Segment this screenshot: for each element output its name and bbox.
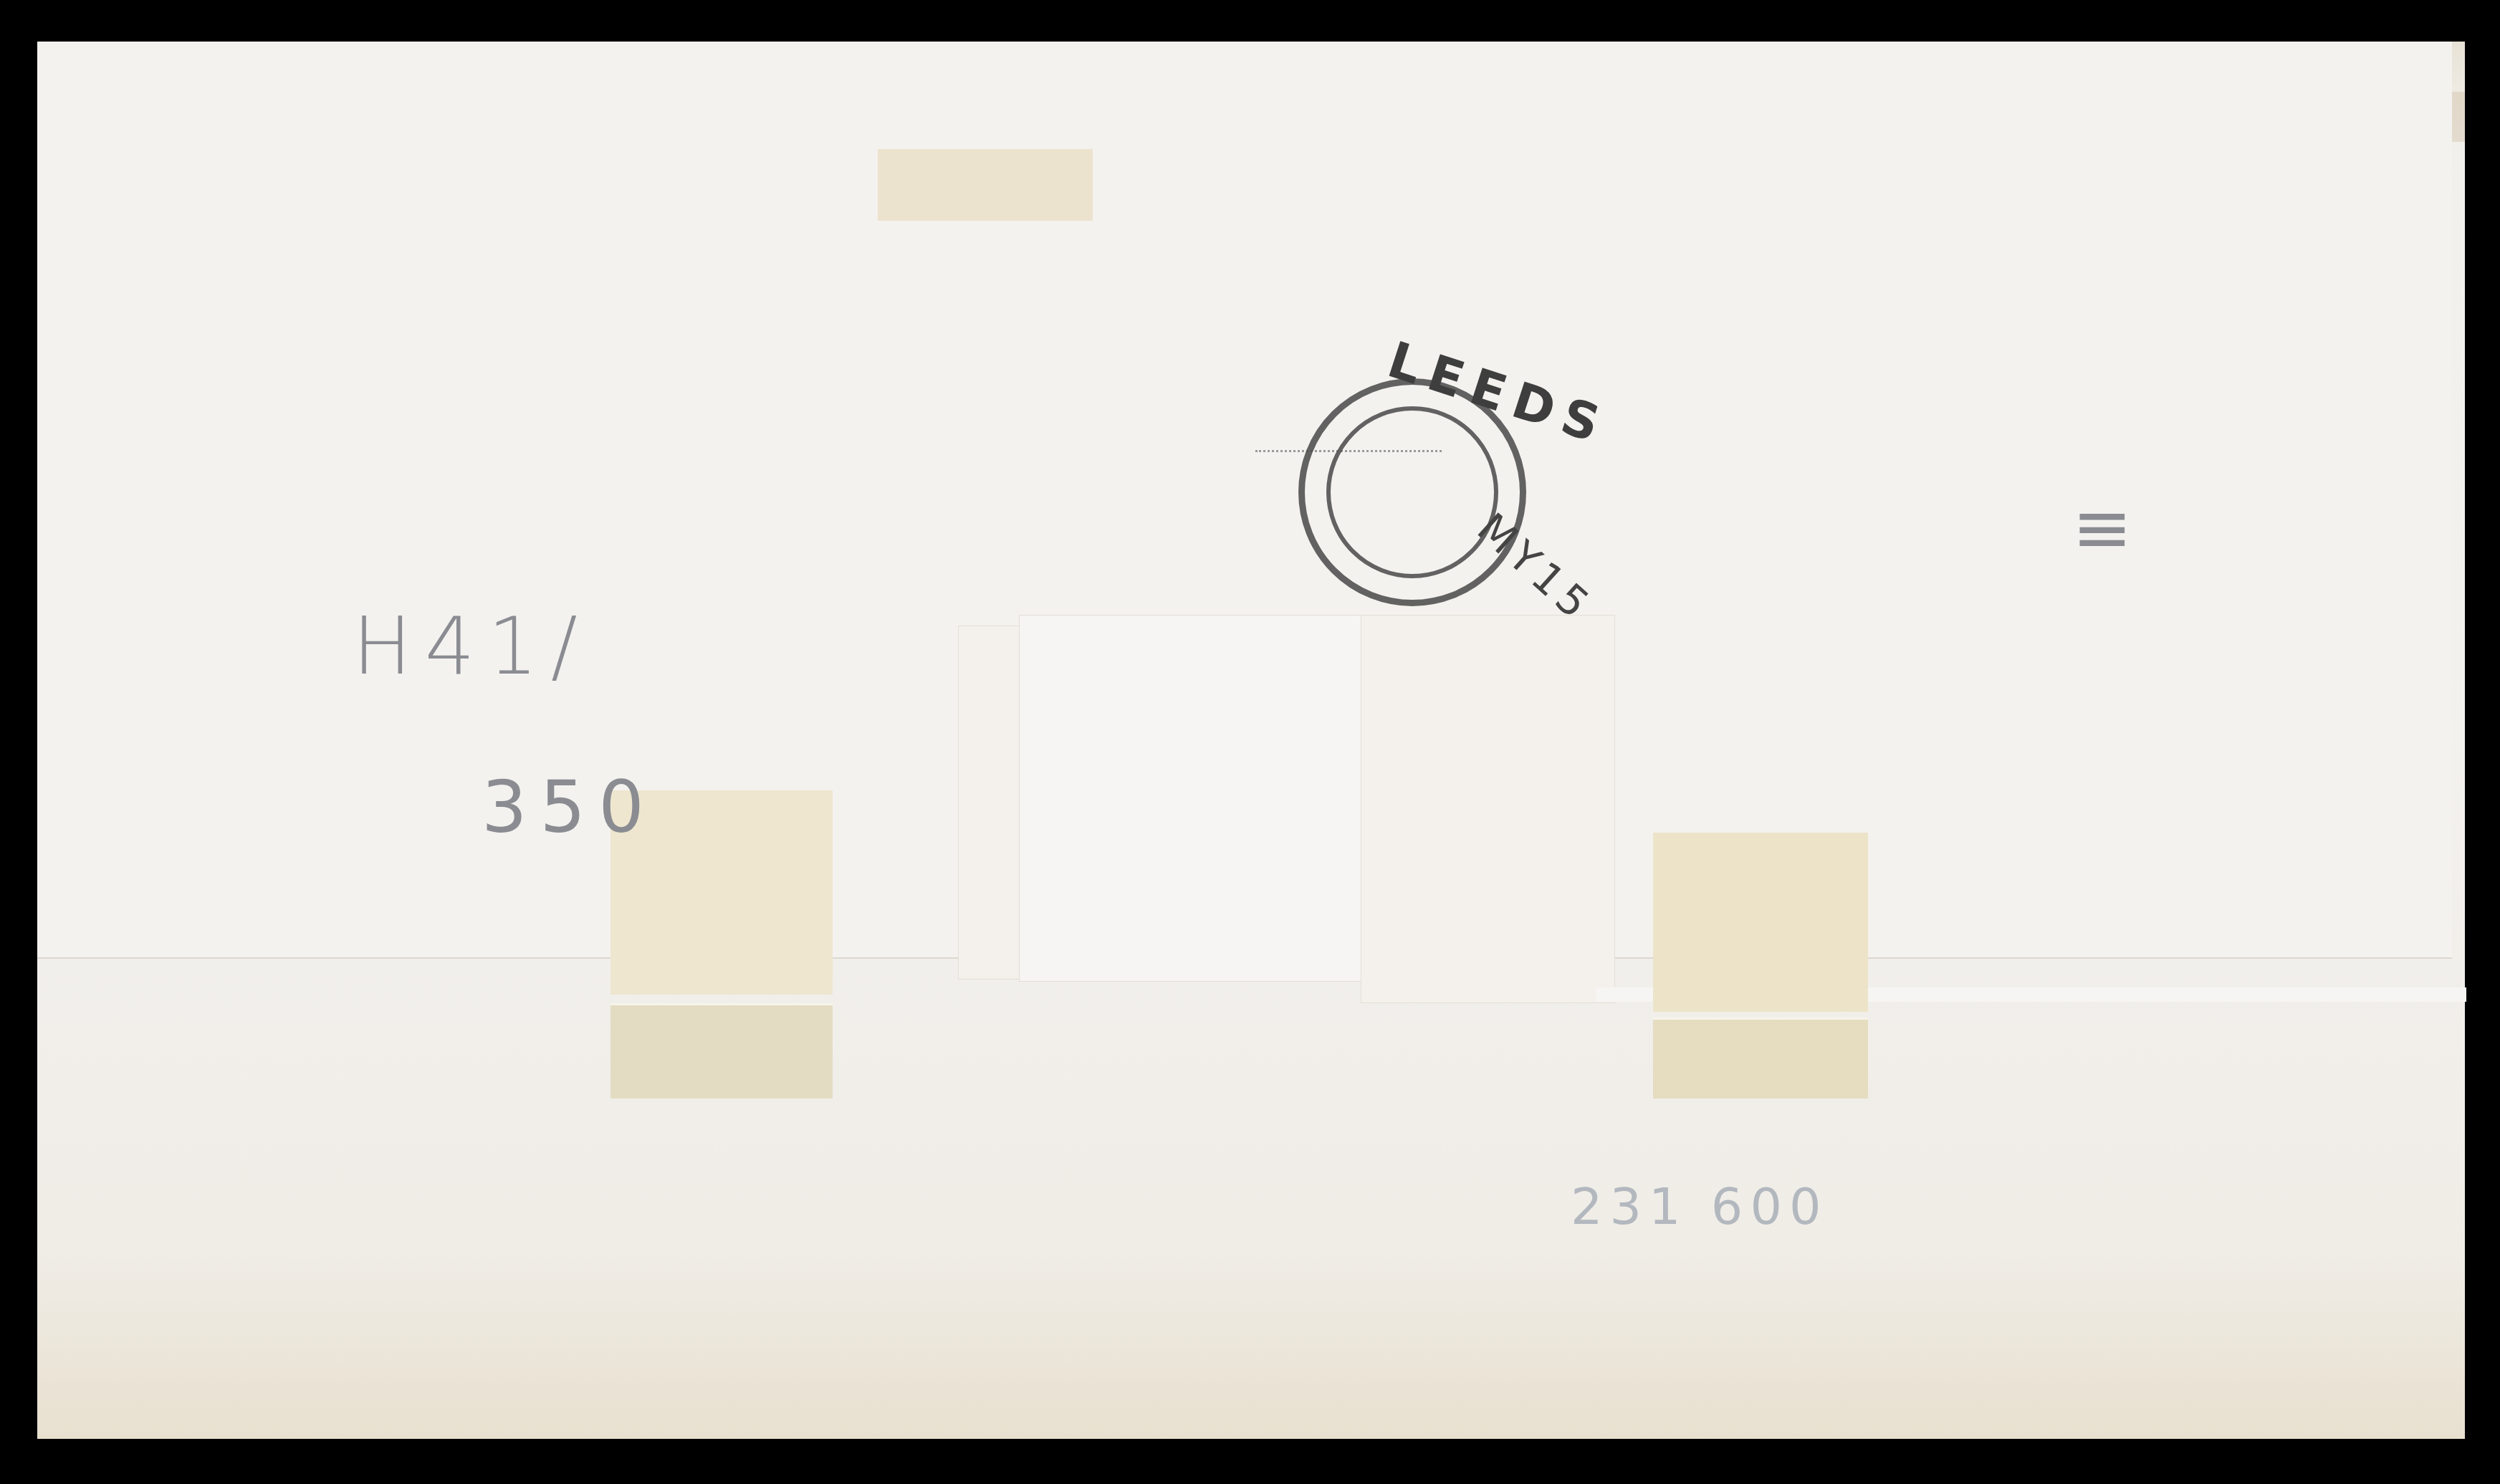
- flap-panel-center: [1019, 615, 1407, 982]
- stamp-hinge-right-lower: [1653, 1018, 1868, 1098]
- pencil-reference: H41/: [353, 600, 590, 692]
- flap-panel-right: [1361, 615, 1615, 1003]
- stamp-hinge-left-lower: [610, 1003, 833, 1098]
- stamp-hinge-right: [1653, 833, 1868, 1012]
- pencil-bottom-note: 231 600: [1571, 1177, 1828, 1236]
- postal-cover: LEEDS MY15 H41/ 350 231 600 ≡: [37, 42, 2465, 1439]
- lower-panel: [37, 959, 2465, 1439]
- pencil-right-mark: ≡: [2072, 486, 2145, 570]
- pencil-number: 350: [482, 765, 657, 849]
- stamp-hinge-top: [878, 149, 1093, 221]
